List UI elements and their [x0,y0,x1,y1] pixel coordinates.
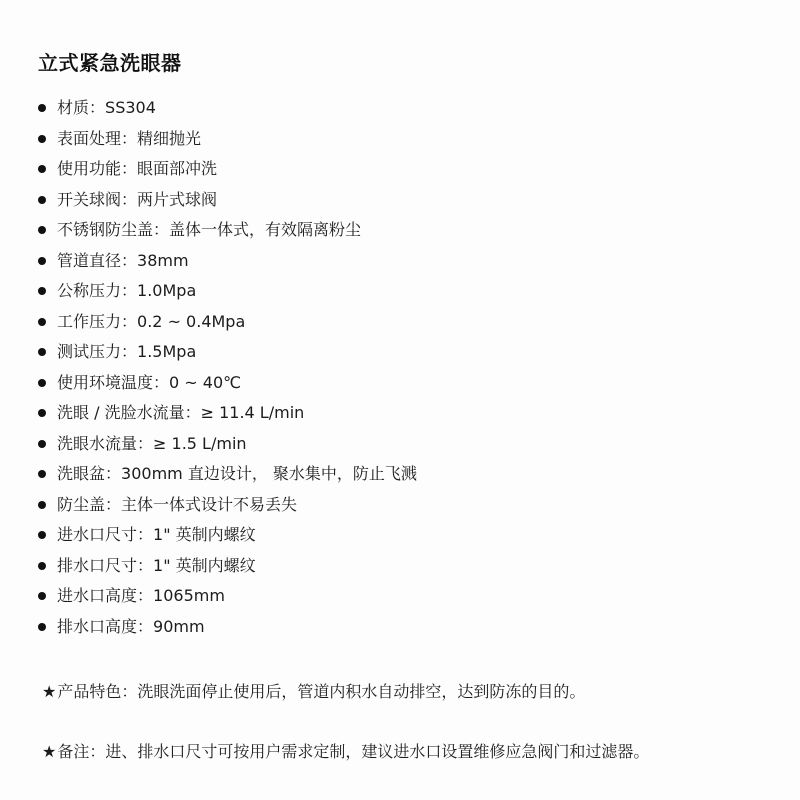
bullet-icon [38,562,46,570]
star-icon: ★ [42,682,56,701]
spec-item: 公称压力：1.0Mpa [38,276,417,307]
note-product-feature: ★产品特色：洗眼洗面停止使用后，管道内积水自动排空，达到防冻的目的。 [42,679,585,702]
spec-item: 进水口高度：1065mm [38,581,417,612]
note-remark: ★备注：进、排水口尺寸可按用户需求定制，建议进水口设置维修应急阀门和过滤器。 [42,739,649,762]
spec-label: 洗眼 / 洗脸水流量 [57,398,185,429]
bullet-icon [38,623,46,631]
spec-item: 表面处理：精细抛光 [38,124,417,155]
note-text: 进、排水口尺寸可按用户需求定制，建议进水口设置维修应急阀门和过滤器。 [105,742,649,761]
spec-value: 1" 英制内螺纹 [153,520,256,551]
separator: ： [121,124,137,155]
page-title: 立式紧急洗眼器 [38,47,182,76]
separator: ： [137,612,153,643]
spec-label: 开关球阀 [57,185,121,216]
separator: ： [137,429,153,460]
bullet-icon [38,287,46,295]
separator: ： [89,742,105,761]
bullet-icon [38,104,46,112]
separator: ： [137,520,153,551]
spec-label: 防尘盖 [57,490,105,521]
spec-value: 1.5Mpa [137,337,196,368]
separator: ： [105,490,121,521]
spec-value: 1065mm [153,581,225,612]
bullet-icon [38,409,46,417]
spec-value: 1.0Mpa [137,276,196,307]
bullet-icon [38,379,46,387]
bullet-icon [38,592,46,600]
spec-item: 使用环境温度：0 ~ 40℃ [38,368,417,399]
spec-value: 38mm [137,246,189,277]
spec-item: 进水口尺寸：1" 英制内螺纹 [38,520,417,551]
spec-value: 盖体一体式，有效隔离粉尘 [169,215,361,246]
separator: ： [185,398,201,429]
spec-value: 300mm 直边设计， 聚水集中，防止飞溅 [121,459,417,490]
note-text: 洗眼洗面停止使用后，管道内积水自动排空，达到防冻的目的。 [137,682,585,701]
spec-item: 管道直径：38mm [38,246,417,277]
spec-item: 不锈钢防尘盖：盖体一体式，有效隔离粉尘 [38,215,417,246]
bullet-icon [38,348,46,356]
spec-item: 开关球阀：两片式球阀 [38,185,417,216]
separator: ： [121,246,137,277]
separator: ： [121,682,137,701]
spec-label: 公称压力 [57,276,121,307]
spec-label: 排水口高度 [57,612,137,643]
spec-label: 材质 [57,93,89,124]
spec-label: 洗眼盆 [57,459,105,490]
spec-item: 洗眼水流量：≥ 1.5 L/min [38,429,417,460]
bullet-icon [38,440,46,448]
bullet-icon [38,226,46,234]
spec-label: 进水口高度 [57,581,137,612]
spec-value: ≥ 11.4 L/min [201,398,305,429]
spec-item: 工作压力：0.2 ~ 0.4Mpa [38,307,417,338]
separator: ： [121,276,137,307]
spec-item: 洗眼 / 洗脸水流量：≥ 11.4 L/min [38,398,417,429]
separator: ： [153,215,169,246]
spec-item: 测试压力：1.5Mpa [38,337,417,368]
spec-label: 排水口尺寸 [57,551,137,582]
separator: ： [137,551,153,582]
spec-label: 管道直径 [57,246,121,277]
spec-value: 0 ~ 40℃ [169,368,241,399]
star-icon: ★ [42,742,56,761]
bullet-icon [38,196,46,204]
spec-label: 使用环境温度 [57,368,153,399]
spec-item: 排水口尺寸：1" 英制内螺纹 [38,551,417,582]
bullet-icon [38,165,46,173]
spec-item: 材质：SS304 [38,93,417,124]
spec-label: 进水口尺寸 [57,520,137,551]
spec-item: 排水口高度：90mm [38,612,417,643]
spec-value: 90mm [153,612,205,643]
bullet-icon [38,257,46,265]
separator: ： [153,368,169,399]
bullet-icon [38,501,46,509]
separator: ： [105,459,121,490]
spec-label: 表面处理 [57,124,121,155]
spec-label: 不锈钢防尘盖 [57,215,153,246]
note-label: 产品特色 [57,682,121,701]
spec-value: ≥ 1.5 L/min [153,429,247,460]
spec-item: 防尘盖：主体一体式设计不易丢失 [38,490,417,521]
spec-item: 洗眼盆：300mm 直边设计， 聚水集中，防止飞溅 [38,459,417,490]
separator: ： [121,185,137,216]
separator: ： [137,581,153,612]
separator: ： [121,337,137,368]
spec-value: 主体一体式设计不易丢失 [121,490,297,521]
separator: ： [121,154,137,185]
spec-label: 工作压力 [57,307,121,338]
separator: ： [121,307,137,338]
spec-value: 0.2 ~ 0.4Mpa [137,307,245,338]
bullet-icon [38,470,46,478]
separator: ： [89,93,105,124]
bullet-icon [38,531,46,539]
bullet-icon [38,135,46,143]
spec-list: 材质：SS304 表面处理：精细抛光 使用功能：眼面部冲洗 开关球阀：两片式球阀… [38,93,417,642]
note-label: 备注 [57,742,89,761]
spec-value: 1" 英制内螺纹 [153,551,256,582]
spec-value: 眼面部冲洗 [137,154,217,185]
spec-value: SS304 [105,93,156,124]
spec-value: 精细抛光 [137,124,201,155]
spec-value: 两片式球阀 [137,185,217,216]
spec-label: 测试压力 [57,337,121,368]
spec-label: 洗眼水流量 [57,429,137,460]
spec-item: 使用功能：眼面部冲洗 [38,154,417,185]
spec-label: 使用功能 [57,154,121,185]
bullet-icon [38,318,46,326]
